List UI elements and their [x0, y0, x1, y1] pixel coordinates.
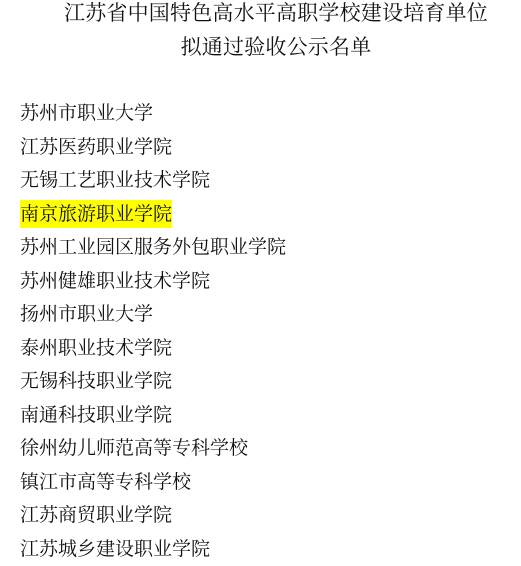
- list-item: 苏州健雄职业技术学院: [20, 267, 286, 301]
- list-item: 苏州市职业大学: [20, 99, 286, 133]
- school-name: 无锡科技职业学院: [20, 367, 172, 395]
- list-item: 徐州幼儿师范高等专科学校: [20, 434, 286, 468]
- school-name: 徐州幼儿师范高等专科学校: [20, 434, 248, 462]
- list-item: 苏州工业园区服务外包职业学院: [20, 233, 286, 267]
- school-name: 苏州市职业大学: [20, 99, 153, 127]
- document-title-line-1: 江苏省中国特色高水平高职学校建设培育单位: [0, 0, 521, 26]
- list-item: 泰州职业技术学院: [20, 334, 286, 368]
- school-name: 泰州职业技术学院: [20, 334, 172, 362]
- school-list: 苏州市职业大学 江苏医药职业学院 无锡工艺职业技术学院 南京旅游职业学院 苏州工…: [20, 99, 286, 566]
- document-title-line-2: 拟通过验收公示名单: [0, 34, 521, 60]
- school-name: 苏州健雄职业技术学院: [20, 267, 210, 295]
- school-name: 南通科技职业学院: [20, 401, 172, 429]
- list-item: 南通科技职业学院: [20, 401, 286, 435]
- school-name: 扬州市职业大学: [20, 300, 153, 328]
- school-name-highlighted: 南京旅游职业学院: [20, 200, 172, 228]
- list-item: 无锡工艺职业技术学院: [20, 166, 286, 200]
- school-name: 江苏城乡建设职业学院: [20, 535, 210, 563]
- school-name: 无锡工艺职业技术学院: [20, 166, 210, 194]
- list-item: 镇江市高等专科学校: [20, 468, 286, 502]
- school-name: 苏州工业园区服务外包职业学院: [20, 233, 286, 261]
- list-item: 江苏城乡建设职业学院: [20, 535, 286, 566]
- list-item: 江苏医药职业学院: [20, 133, 286, 167]
- list-item: 扬州市职业大学: [20, 300, 286, 334]
- school-name: 江苏商贸职业学院: [20, 501, 172, 529]
- list-item: 江苏商贸职业学院: [20, 501, 286, 535]
- school-name: 江苏医药职业学院: [20, 133, 172, 161]
- list-item: 无锡科技职业学院: [20, 367, 286, 401]
- list-item-highlighted: 南京旅游职业学院: [20, 200, 286, 234]
- school-name: 镇江市高等专科学校: [20, 468, 191, 496]
